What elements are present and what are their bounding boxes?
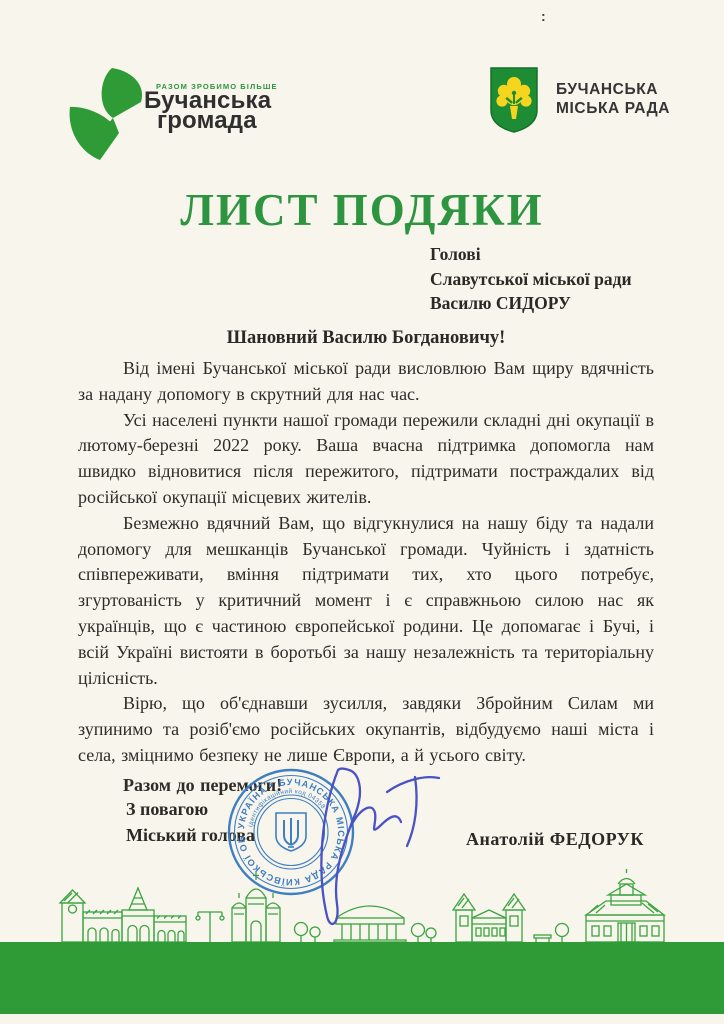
paragraph-1: Від імені Бучанської міської ради вислов…	[78, 356, 654, 408]
signer-name: Анатолій ФЕДОРУК	[466, 829, 644, 850]
recipient-block: Голові Славутської міської ради Василю С…	[430, 242, 632, 316]
villa-building-icon	[586, 869, 664, 942]
letter-title: ЛИСТ ПОДЯКИ	[0, 184, 724, 236]
tree-icon	[556, 924, 569, 943]
paragraph-2: Усі населені пункти нашої громади пережи…	[78, 408, 654, 511]
letter-body: Від імені Бучанської міської ради вислов…	[78, 356, 654, 799]
recipient-line2: Славутської міської ради	[430, 267, 632, 292]
logo-wordmark: Бучанська громада	[144, 91, 271, 131]
bucha-coat-of-arms-icon	[489, 66, 539, 134]
official-seal-icon: УКРАЇНА * БУЧАНСЬКА МІСЬКА РАДА КИЇВСЬКО…	[210, 740, 353, 894]
salutation: Шановний Василю Богдановичу!	[78, 328, 654, 349]
bench-icon	[534, 935, 551, 942]
recipient-line3: Василю СИДОРУ	[430, 291, 632, 316]
green-footer-band	[0, 942, 724, 1014]
hromada-logo-icon	[66, 66, 150, 166]
logo-wordmark-line2: громада	[144, 111, 271, 131]
council-name-line2: МІСЬКА РАДА	[556, 99, 670, 118]
scan-artifact-mark: :	[541, 8, 546, 24]
scanned-letter-page: : РАЗОМ ЗРОБИМО БІЛЬШЕ Бучанська громада	[0, 0, 724, 1024]
official-seal-and-signature: УКРАЇНА * БУЧАНСЬКА МІСЬКА РАДА КИЇВСЬКО…	[210, 740, 450, 950]
recipient-line1: Голові	[430, 242, 632, 267]
council-name-line1: БУЧАНСЬКА	[556, 80, 670, 99]
paragraph-3: Безмежно вдячний Вам, що відгукнулися на…	[78, 511, 654, 692]
council-name: БУЧАНСЬКА МІСЬКА РАДА	[556, 80, 670, 118]
station-building-icon	[60, 888, 186, 942]
trident-emblem-icon	[276, 813, 306, 851]
chateau-building-icon	[453, 894, 525, 942]
